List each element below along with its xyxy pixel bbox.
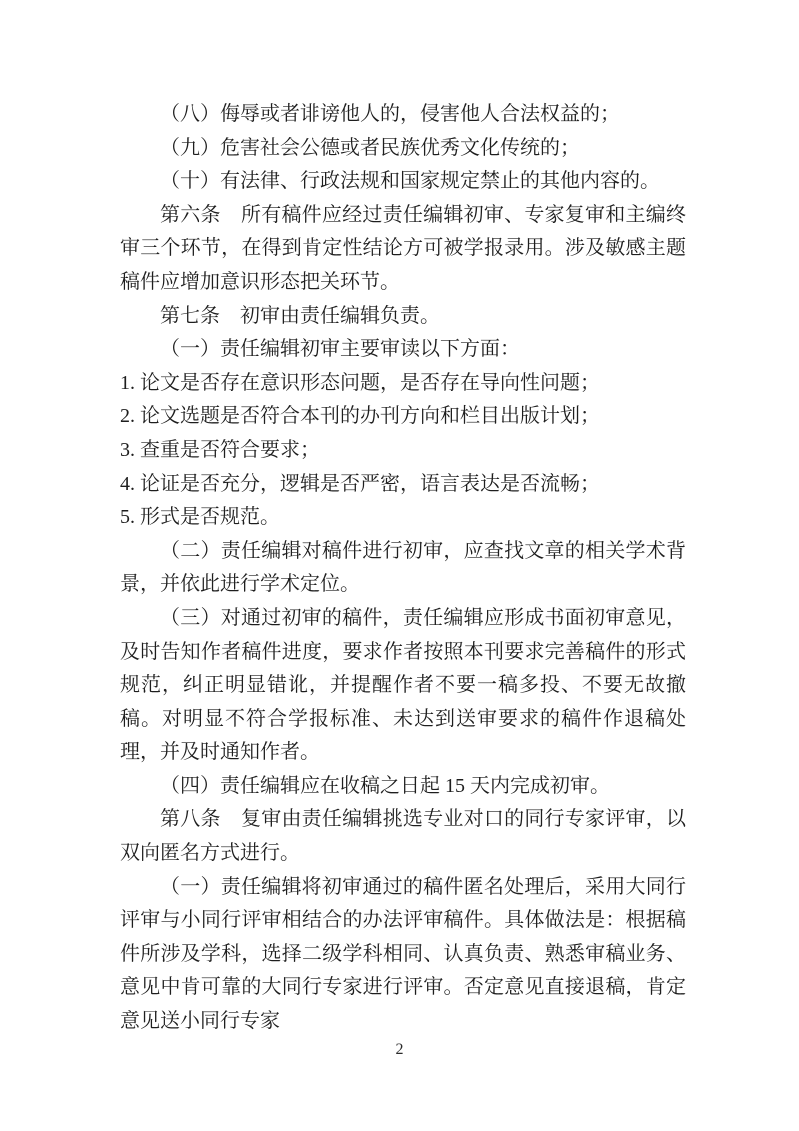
clause-item-10: （十）有法律、行政法规和国家规定禁止的其他内容的。 <box>120 165 686 199</box>
review-point-4: 4. 论证是否充分，逻辑是否严密，语言表达是否流畅； <box>120 468 686 502</box>
review-point-3: 3. 查重是否符合要求； <box>120 434 686 468</box>
clause-item-8: （八）侮辱或者诽谤他人的，侵害他人合法权益的； <box>120 98 686 132</box>
article-7-clause-2: （二）责任编辑对稿件进行初审，应查找文章的相关学术背景，并依此进行学术定位。 <box>120 535 686 602</box>
article-7-clause-4: （四）责任编辑应在收稿之日起 15 天内完成初审。 <box>120 770 686 804</box>
document-text-block: （八）侮辱或者诽谤他人的，侵害他人合法权益的； （九）危害社会公德或者民族优秀文… <box>120 98 686 1039</box>
review-point-5: 5. 形式是否规范。 <box>120 501 686 535</box>
review-point-1: 1. 论文是否存在意识形态问题，是否存在导向性问题； <box>120 367 686 401</box>
article-8: 第八条 复审由责任编辑挑选专业对口的同行专家评审，以双向匿名方式进行。 <box>120 803 686 870</box>
page-number: 2 <box>396 1041 404 1058</box>
review-point-2: 2. 论文选题是否符合本刊的办刊方向和栏目出版计划； <box>120 400 686 434</box>
document-page: （八）侮辱或者诽谤他人的，侵害他人合法权益的； （九）危害社会公德或者民族优秀文… <box>0 0 799 1131</box>
page-footer: 2 <box>0 1040 799 1060</box>
article-8-clause-1: （一）责任编辑将初审通过的稿件匿名处理后，采用大同行评审与小同行评审相结合的办法… <box>120 871 686 1039</box>
clause-item-9: （九）危害社会公德或者民族优秀文化传统的； <box>120 132 686 166</box>
article-7-clause-1: （一）责任编辑初审主要审读以下方面： <box>120 333 686 367</box>
article-6: 第六条 所有稿件应经过责任编辑初审、专家复审和主编终审三个环节，在得到肯定性结论… <box>120 199 686 300</box>
article-7: 第七条 初审由责任编辑负责。 <box>120 300 686 334</box>
article-7-clause-3: （三）对通过初审的稿件，责任编辑应形成书面初审意见，及时告知作者稿件进度，要求作… <box>120 602 686 770</box>
